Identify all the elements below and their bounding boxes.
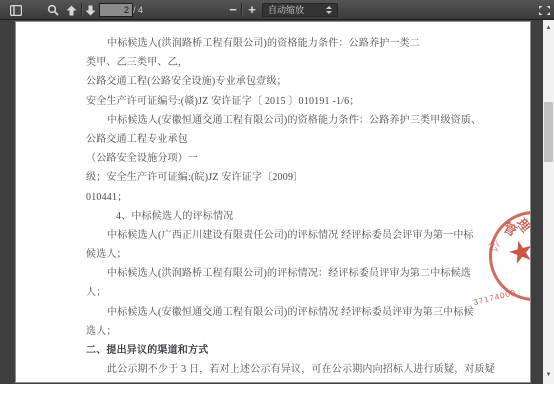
zoom-out-button[interactable]: −: [226, 1, 240, 17]
zoom-scale-select[interactable]: 自动缩放: [262, 3, 338, 17]
sidebar-toggle-button[interactable]: [8, 4, 24, 16]
doc-line: 中标候选人(安徽恒通交通工程有限公司)的评标情况 经评标委员评审为第三中标候: [86, 303, 511, 322]
scrollbar-thumb[interactable]: [544, 102, 553, 162]
page-count-label: / 4: [133, 5, 143, 15]
doc-line: 级；安全生产许可证编:(皖)JZ 安许证字〔2009〕: [86, 168, 511, 187]
document-page: 中标候选人(洪润路桥工程有限公司)的资格能力条件：公路养护一类二类甲、乙三类甲、…: [15, 21, 531, 383]
scroll-up-icon[interactable]: ▲: [543, 23, 554, 33]
vertical-scrollbar[interactable]: ▲ ▼: [543, 20, 554, 384]
select-spinner-icon: [326, 6, 332, 14]
arrow-down-icon: [85, 5, 96, 16]
sidebar-icon: [10, 5, 22, 16]
zoom-scale-value: 自动缩放: [268, 5, 304, 15]
doc-line: 中标候选人(安徽恒通交通工程有限公司)的资格能力条件：公路养护三类甲级资质、: [86, 111, 511, 130]
doc-line: （公路安全设施分项）一: [86, 149, 511, 168]
seal-character: 理: [513, 214, 531, 236]
doc-line: 安全生产许可证编号:(赣)JZ 安许证字〔 2015 〕010191 -1/6；: [86, 92, 511, 111]
fullscreen-expand-icon: [538, 5, 551, 16]
arrow-up-icon: [66, 5, 77, 16]
doc-line: 候选人；: [86, 245, 511, 264]
doc-line: 二、提出异议的渠道和方式: [86, 341, 511, 360]
search-icon: [47, 4, 59, 16]
document-text: 中标候选人(洪润路桥工程有限公司)的资格能力条件：公路养护一类二类甲、乙三类甲、…: [86, 34, 511, 379]
doc-line: 4、中标候选人的评标情况: [86, 207, 511, 226]
doc-line: 中标候选人(洪润路桥工程有限公司)的评标情况：经评标委员评审为第二中标候选: [86, 264, 511, 283]
doc-line: 此公示期不少于 3 日，若对上述公示有异议，可在公示期内向招标人进行质疑，对质疑: [86, 360, 511, 379]
toolbar-separator: [241, 3, 243, 16]
doc-line: 中标候选人(广西正川建设有限责任公司)的评标情况 经评标委员会评审为第一中标: [86, 226, 511, 245]
doc-line: 选人；: [86, 322, 511, 341]
zoom-in-button[interactable]: +: [245, 1, 259, 17]
next-page-button[interactable]: [83, 3, 98, 17]
presentation-mode-button[interactable]: [536, 3, 552, 17]
doc-line: 人；: [86, 283, 511, 302]
previous-page-button[interactable]: [64, 3, 79, 17]
doc-line: 公路交通工程(公路安全设施)专业承包壹级；: [86, 72, 511, 91]
scroll-down-icon[interactable]: ▼: [543, 370, 554, 380]
viewer-toolbar: / 4 − + 自动缩放: [0, 0, 554, 20]
doc-line: 010441；: [86, 188, 511, 207]
doc-line: 类甲、乙三类甲、乙，: [86, 53, 511, 72]
doc-line: 公路交通工程专业承包: [86, 130, 511, 149]
doc-line: 中标候选人(洪润路桥工程有限公司)的资格能力条件：公路养护一类二: [86, 34, 511, 53]
pdf-viewer: / 4 − + 自动缩放 中标候选人(洪润路桥工程有限公司)的资格能力条件：公路…: [0, 0, 554, 384]
search-button[interactable]: [45, 3, 61, 17]
page-number-input[interactable]: [99, 3, 133, 17]
